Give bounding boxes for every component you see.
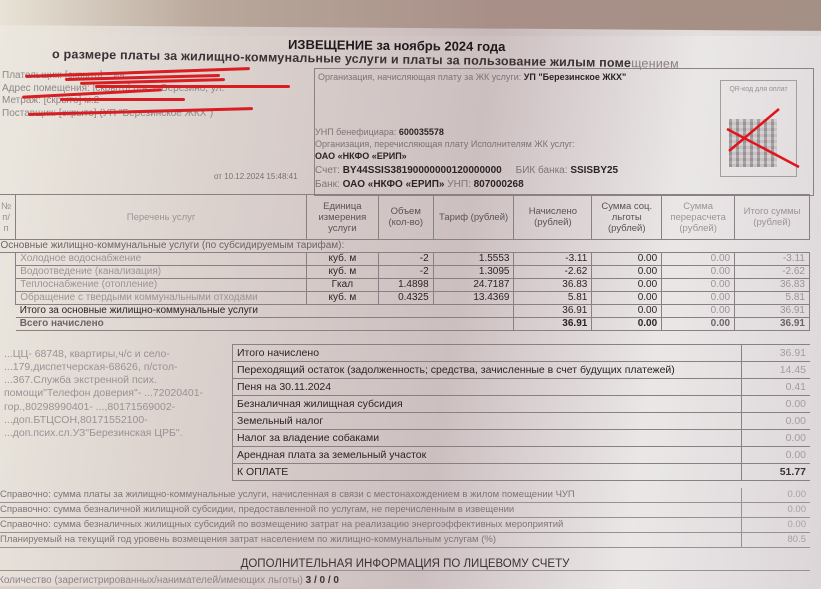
col-benefit: Сумма соц. льготы (рублей) bbox=[592, 195, 662, 240]
reference-notes: Справочно: сумма платы за жилищно-коммун… bbox=[0, 488, 810, 548]
table-row: Водоотведение (канализация) куб. м -2 1.… bbox=[0, 266, 810, 279]
transfer-org-label: Организация, перечисляющая плату Исполни… bbox=[315, 139, 575, 149]
col-tariff: Тариф (рублей) bbox=[433, 195, 514, 240]
note-row: Планируемый на текущий год уровень возме… bbox=[0, 533, 810, 548]
additional-info-title: ДОПОЛНИТЕЛЬНАЯ ИНФОРМАЦИЯ ПО ЛИЦЕВОМУ СЧ… bbox=[0, 558, 810, 571]
col-unit: Единица измерения услуги bbox=[306, 195, 378, 240]
subtotal-row: Итого за основные жилищно-коммунальные у… bbox=[0, 305, 810, 318]
grand-total-row: Всего начислено 36.91 0.00 0.00 36.91 bbox=[0, 318, 810, 331]
transfer-org-name: ОАО «НКФО «ЕРИП» bbox=[315, 151, 407, 161]
table-row: Обращение с твердыми коммунальными отход… bbox=[0, 292, 810, 305]
table-header-row: № п/п Перечень услуг Единица измерения у… bbox=[0, 195, 810, 240]
account-number: Счет: BY44SSIS38190000000120000000 БИК б… bbox=[315, 165, 618, 176]
table-row: Холодное водоснабжение куб. м -2 1.5553 … bbox=[0, 253, 810, 266]
contacts-text: ...ЦЦ- 68748, квартиры,ч/с и село- ...17… bbox=[0, 345, 233, 481]
col-number: № п/п bbox=[0, 195, 16, 240]
bank-info: Банк: ОАО «НКФО «ЕРИП» УНП: 807000268 bbox=[315, 179, 524, 190]
col-total: Итого суммы (рублей) bbox=[735, 195, 810, 240]
qr-box: QR-код для оплат bbox=[720, 80, 797, 177]
note-row: Справочно: сумма безналичных жилищных су… bbox=[0, 518, 810, 533]
col-volume: Объем (кол-во) bbox=[378, 195, 433, 240]
summary-table: ...ЦЦ- 68748, квартиры,ч/с и село- ...17… bbox=[0, 344, 810, 481]
services-table: № п/п Перечень услуг Единица измерения у… bbox=[0, 194, 810, 331]
col-accrued: Начислено (рублей) bbox=[514, 195, 592, 240]
amount-due-label: К ОПЛАТЕ bbox=[233, 464, 742, 481]
summary-row: ...ЦЦ- 68748, квартиры,ч/с и село- ...17… bbox=[0, 345, 810, 362]
col-service: Перечень услуг bbox=[16, 195, 307, 240]
print-datestamp: от 10.12.2024 15:48:41 bbox=[214, 172, 298, 181]
cross-out-mark-icon bbox=[721, 81, 821, 191]
section-title-row: Основные жилищно-коммунальные услуги (по… bbox=[0, 240, 810, 253]
amount-due-value: 51.77 bbox=[742, 464, 811, 481]
note-row: Справочно: сумма платы за жилищно-коммун… bbox=[0, 488, 810, 503]
unp-beneficiary: УНП бенефициара: 600035578 bbox=[315, 127, 444, 137]
table-row: Теплоснабжение (отопление) Гкал 1.4898 2… bbox=[0, 279, 810, 292]
residents-count: Количество (зарегистрированных/нанимател… bbox=[0, 575, 339, 586]
note-row: Справочно: сумма безналичной жилищной су… bbox=[0, 503, 810, 518]
col-recalc: Сумма перерасчета (рублей) bbox=[662, 195, 735, 240]
accruing-org: Организация, начисляющая плату за ЖК усл… bbox=[318, 72, 626, 82]
